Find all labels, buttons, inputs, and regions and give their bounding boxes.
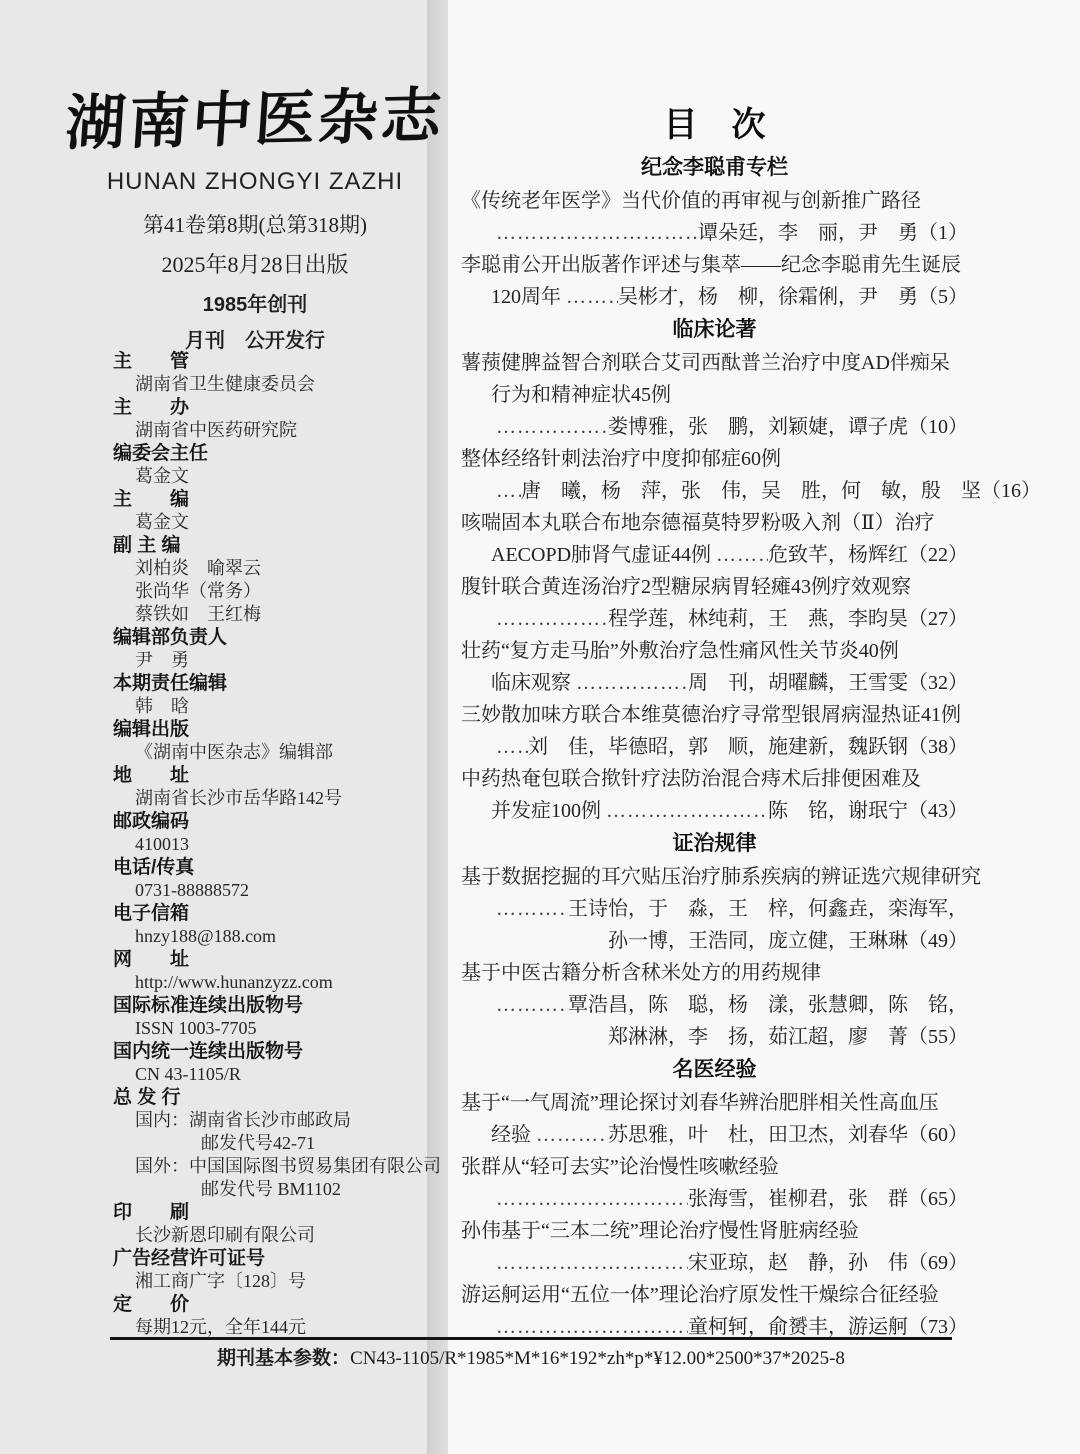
toc-entry-authors: 娄博雅，张 鹏，刘颖婕，谭子虎（10） bbox=[608, 411, 968, 443]
toc-entry-authors: 谭朵廷，李 丽，尹 勇（1） bbox=[698, 217, 968, 249]
toc-leader-line: AECOPD肺肾气虚证44例……………………………………………………………………… bbox=[461, 539, 968, 571]
toc-entry: 整体经络针刺法治疗中度抑郁症60例……………………………………………………………… bbox=[461, 443, 968, 507]
toc-leader-line: …………………………………………………………………………………………………………… bbox=[461, 1247, 968, 1279]
toc-entry-authors: 唐 曦，杨 萍，张 伟，吴 胜，何 敏，殷 坚（16） bbox=[521, 475, 1041, 507]
toc-entry-authors: 程学莲，林纯莉，王 燕，李昀昊（27） bbox=[608, 603, 968, 635]
toc-leader-line: 经验……………………………………………………………………………………………………… bbox=[461, 1119, 968, 1151]
toc-entry-authors: 王诗怡，于 淼，王 梓，何鑫垚，栾海军， bbox=[568, 893, 968, 925]
toc-body: 纪念李聪甫专栏《传统老年医学》当代价值的再审视与创新推广路径…………………………… bbox=[461, 151, 968, 1343]
toc-leader-dots: ………………………………………………………………………………………………………… bbox=[491, 411, 608, 443]
toc-entry-authors: 孙一博，王浩同，庞立健，王琳琳（49） bbox=[461, 925, 968, 957]
toc-section-heading: 名医经验 bbox=[461, 1053, 968, 1087]
toc-leader-line: …………………………………………………………………………………………………………… bbox=[461, 989, 968, 1021]
toc-entry-subtitle: 临床观察 bbox=[491, 667, 571, 699]
toc-leader-dots: ………………………………………………………………………………………………………… bbox=[561, 281, 618, 313]
footer-params-label: 期刊基本参数： bbox=[217, 1348, 350, 1369]
page: { "colors": { "page_bg_left": "#e8e8e6",… bbox=[0, 0, 1080, 1454]
toc-section-heading: 证治规律 bbox=[461, 827, 968, 861]
toc-entry-title: 咳喘固本丸联合布地奈德福莫特罗粉吸入剂（Ⅱ）治疗 bbox=[461, 507, 968, 539]
toc-column: 目 次 纪念李聪甫专栏《传统老年医学》当代价值的再审视与创新推广路径………………… bbox=[461, 103, 968, 1343]
toc-section-heading: 纪念李聪甫专栏 bbox=[461, 151, 968, 185]
toc-leader-line: …………………………………………………………………………………………………………… bbox=[461, 217, 968, 249]
toc-entry-authors: 张海雪，崔柳君，张 群（65） bbox=[688, 1183, 968, 1215]
toc-leader-dots: ………………………………………………………………………………………………………… bbox=[491, 989, 568, 1021]
toc-entry: 三妙散加味方联合本维莫德治疗寻常型银屑病湿热证41例……………………………………… bbox=[461, 699, 968, 763]
publication-mode-line: 月刊 公开发行 bbox=[55, 324, 455, 353]
toc-leader-dots: ………………………………………………………………………………………………………… bbox=[711, 539, 768, 571]
toc-entry-authors: 宋亚琼，赵 静，孙 伟（69） bbox=[688, 1247, 968, 1279]
toc-entry-title: 整体经络针刺法治疗中度抑郁症60例 bbox=[461, 443, 968, 475]
toc-entry-title: 腹针联合黄连汤治疗2型糖尿病胃轻瘫43例疗效观察 bbox=[461, 571, 968, 603]
toc-leader-line: 临床观察………………………………………………………………………………………………… bbox=[461, 667, 968, 699]
toc-entry-title: 薯蓣健脾益智合剂联合艾司西酞普兰治疗中度AD伴痴呆 bbox=[461, 347, 968, 379]
brand-block: 湖南中医杂志 HUNAN ZHONGYI ZAZHI 第41卷第8期(总第318… bbox=[55, 84, 455, 353]
issue-line: 第41卷第8期(总第318期) bbox=[55, 209, 455, 239]
toc-entry: 壮药“复方走马胎”外敷治疗急性痛风性关节炎40例临床观察………………………………… bbox=[461, 635, 968, 699]
toc-leader-dots: ………………………………………………………………………………………………………… bbox=[491, 731, 528, 763]
toc-entry: 游运舸运用“五位一体”理论治疗原发性干燥综合征经验………………………………………… bbox=[461, 1279, 968, 1343]
toc-entry-authors: 危致芊，杨辉红（22） bbox=[768, 539, 968, 571]
toc-leader-line: …………………………………………………………………………………………………………… bbox=[461, 893, 968, 925]
toc-entry-title: 基于数据挖掘的耳穴贴压治疗肺系疾病的辨证选穴规律研究 bbox=[461, 861, 968, 893]
toc-entry-authors: 陈 铭，谢珉宁（43） bbox=[768, 795, 968, 827]
toc-entry: 张群从“轻可去实”论治慢性咳嗽经验……………………………………………………………… bbox=[461, 1151, 968, 1215]
toc-leader-line: …………………………………………………………………………………………………………… bbox=[461, 411, 968, 443]
toc-leader-line: 120周年……………………………………………………………………………………………… bbox=[461, 281, 968, 313]
toc-leader-dots: ………………………………………………………………………………………………………… bbox=[491, 1183, 688, 1215]
toc-entry: 孙伟基于“三本二统”理论治疗慢性肾脏病经验…………………………………………………… bbox=[461, 1215, 968, 1279]
toc-section-heading: 临床论著 bbox=[461, 313, 968, 347]
toc-entry-subtitle: 经验 bbox=[491, 1119, 531, 1151]
toc-leader-dots: ………………………………………………………………………………………………………… bbox=[491, 475, 521, 507]
toc-entry: 《传统老年医学》当代价值的再审视与创新推广路径……………………………………………… bbox=[461, 185, 968, 249]
toc-entry: 基于中医古籍分析含秫米处方的用药规律…………………………………………………………… bbox=[461, 957, 968, 1053]
toc-entry: 中药热奄包联合揿针疗法防治混合痔术后排便困难及并发症100例…………………………… bbox=[461, 763, 968, 827]
toc-leader-line: …………………………………………………………………………………………………………… bbox=[461, 731, 968, 763]
journal-pinyin: HUNAN ZHONGYI ZAZHI bbox=[55, 168, 455, 196]
toc-leader-line: …………………………………………………………………………………………………………… bbox=[461, 1183, 968, 1215]
toc-leader-dots: ………………………………………………………………………………………………………… bbox=[601, 795, 768, 827]
toc-title: 目 次 bbox=[461, 103, 968, 151]
toc-entry-title: 孙伟基于“三本二统”理论治疗慢性肾脏病经验 bbox=[461, 1215, 968, 1247]
toc-entry-authors: 刘 佳，毕德昭，郭 顺，施建新，魏跃钢（38） bbox=[528, 731, 968, 763]
toc-entry: 李聪甫公开出版著作评述与集萃——纪念李聪甫先生诞辰120周年…………………………… bbox=[461, 249, 968, 313]
footer-divider bbox=[110, 1337, 952, 1340]
toc-leader-line: 并发症100例………………………………………………………………………………………… bbox=[461, 795, 968, 827]
toc-entry-authors: 吴彬才，杨 柳，徐霜俐，尹 勇（5） bbox=[618, 281, 968, 313]
toc-entry: 基于数据挖掘的耳穴贴压治疗肺系疾病的辨证选穴规律研究……………………………………… bbox=[461, 861, 968, 957]
footer-params-value: CN43-1105/R*1985*M*16*192*zh*p*¥12.00*25… bbox=[350, 1348, 845, 1369]
toc-entry-title: 基于“一气周流”理论探讨刘春华辨治肥胖相关性高血压 bbox=[461, 1087, 968, 1119]
toc-entry: 基于“一气周流”理论探讨刘春华辨治肥胖相关性高血压经验…………………………………… bbox=[461, 1087, 968, 1151]
founded-line: 1985年创刊 bbox=[55, 288, 455, 317]
toc-leader-dots: ………………………………………………………………………………………………………… bbox=[491, 603, 608, 635]
toc-leader-dots: ………………………………………………………………………………………………………… bbox=[491, 1247, 688, 1279]
toc-leader-dots: ………………………………………………………………………………………………………… bbox=[491, 217, 698, 249]
toc-entry: 薯蓣健脾益智合剂联合艾司西酞普兰治疗中度AD伴痴呆行为和精神症状45例……………… bbox=[461, 347, 968, 443]
toc-leader-dots: ………………………………………………………………………………………………………… bbox=[491, 893, 568, 925]
pub-date-line: 2025年8月28日出版 bbox=[55, 248, 455, 279]
footer-params: 期刊基本参数：CN43-1105/R*1985*M*16*192*zh*p*¥1… bbox=[110, 1346, 952, 1372]
toc-entry-authors: 覃浩昌，陈 聪，杨 漾，张慧卿，陈 铭， bbox=[568, 989, 968, 1021]
toc-entry: 腹针联合黄连汤治疗2型糖尿病胃轻瘫43例疗效观察…………………………………………… bbox=[461, 571, 968, 635]
toc-entry-title: 中药热奄包联合揿针疗法防治混合痔术后排便困难及 bbox=[461, 763, 968, 795]
toc-entry-title: 壮药“复方走马胎”外敷治疗急性痛风性关节炎40例 bbox=[461, 635, 968, 667]
journal-logo: 湖南中医杂志 bbox=[52, 80, 457, 160]
toc-leader-dots: ………………………………………………………………………………………………………… bbox=[571, 667, 688, 699]
toc-entry-subtitle: AECOPD肺肾气虚证44例 bbox=[491, 539, 711, 571]
toc-entry-title: 游运舸运用“五位一体”理论治疗原发性干燥综合征经验 bbox=[461, 1279, 968, 1311]
toc-entry-title: 张群从“轻可去实”论治慢性咳嗽经验 bbox=[461, 1151, 968, 1183]
toc-entry-authors: 苏思雅，叶 杜，田卫杰，刘春华（60） bbox=[608, 1119, 968, 1151]
toc-leader-line: …………………………………………………………………………………………………………… bbox=[461, 475, 968, 507]
toc-entry-title: 基于中医古籍分析含秫米处方的用药规律 bbox=[461, 957, 968, 989]
toc-entry-authors: 郑淋淋，李 扬，茹江超，廖 菁（55） bbox=[461, 1021, 968, 1053]
toc-entry-subtitle: 并发症100例 bbox=[491, 795, 601, 827]
toc-entry-subtitle: 120周年 bbox=[491, 281, 561, 313]
toc-entry: 咳喘固本丸联合布地奈德福莫特罗粉吸入剂（Ⅱ）治疗AECOPD肺肾气虚证44例……… bbox=[461, 507, 968, 571]
toc-leader-line: …………………………………………………………………………………………………………… bbox=[461, 603, 968, 635]
toc-entry-authors: 周 刊，胡曜麟，王雪雯（32） bbox=[688, 667, 968, 699]
toc-entry-title: 李聪甫公开出版著作评述与集萃——纪念李聪甫先生诞辰 bbox=[461, 249, 968, 281]
toc-leader-dots: ………………………………………………………………………………………………………… bbox=[531, 1119, 608, 1151]
toc-entry-title: 三妙散加味方联合本维莫德治疗寻常型银屑病湿热证41例 bbox=[461, 699, 968, 731]
toc-entry-title: 《传统老年医学》当代价值的再审视与创新推广路径 bbox=[461, 185, 968, 217]
toc-entry-title-continued: 行为和精神症状45例 bbox=[461, 379, 968, 411]
